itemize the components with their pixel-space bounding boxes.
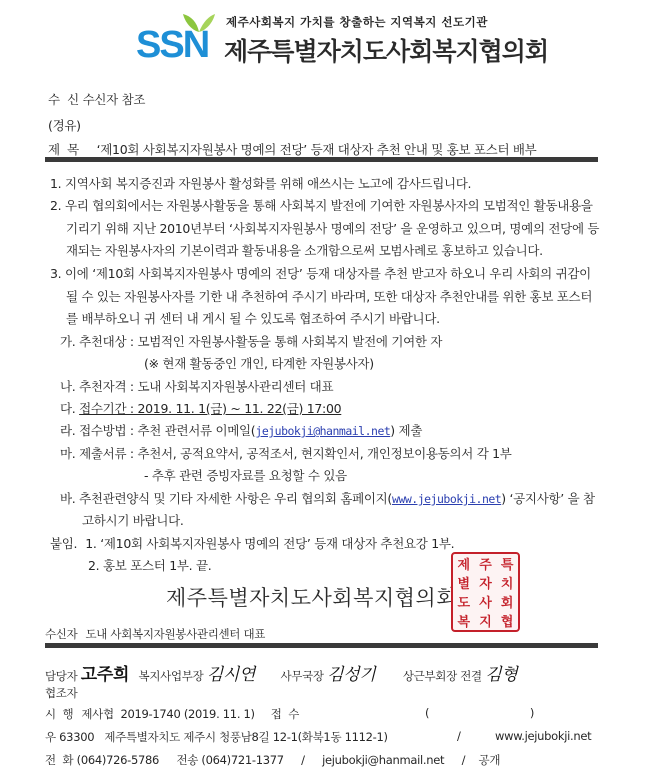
seal-char: 사 — [475, 592, 497, 611]
issuer-name: 제주특별자치도사회복지협의회장 — [166, 582, 478, 612]
footer-divider — [45, 643, 598, 648]
item-ra: 라. 접수방법 : 추천 관련서류 이메일(jejubokji@hanmail.… — [60, 421, 422, 439]
recipients-line: 수신자도내 사회복지자원봉사관리센터 대표 — [45, 626, 265, 642]
separator: / — [301, 753, 305, 767]
seal-char: 별 — [453, 573, 475, 592]
paragraph-3-line-1: 3. 이에 ‘제10회 사회복지자원봉사 명예의 전당’ 등재 대상자를 추천 … — [50, 264, 591, 282]
attachment-label: 붙임. — [50, 536, 77, 551]
recipients-value: 도내 사회복지자원봉사관리센터 대표 — [85, 627, 265, 641]
disclosure-status: 공개 — [479, 753, 501, 767]
item-ga-note: (※ 현재 활동중인 개인, 타계한 자원봉사자) — [144, 354, 374, 372]
dept-head-label: 복지사업부장 — [139, 669, 204, 683]
paragraph-2-line-3: 재되는 자원봉사자의 기본이력과 활동내용을 소개함으로써 모범사례로 홍보하고… — [66, 241, 543, 259]
slogan: 제주사회복지 가치를 창출하는 지역복지 선도기관 — [226, 14, 488, 30]
recipients-label: 수신자 — [45, 627, 77, 641]
item-ga: 가. 추천대상 : 모범적인 자원봉사활동을 통해 사회복지 발전에 기여한 자 — [60, 332, 442, 350]
seal-char: 주 — [475, 554, 497, 573]
item-ma: 마. 제출서류 : 추천서, 공적요약서, 공적조서, 현지확인서, 개인정보이… — [60, 444, 512, 462]
item-ma-note: - 추후 관련 증빙자료를 요청할 수 있음 — [144, 466, 347, 484]
seal-char: 특 — [496, 554, 518, 573]
via-line: (경유) — [48, 116, 81, 134]
subject-value: ‘제10회 사회복지자원봉사 명예의 전당’ 등재 대상자 추천 안내 및 홍보… — [97, 142, 537, 157]
recipient-label: 수 신 — [48, 92, 79, 107]
recipient-line: 수 신 수신자 참조 — [48, 90, 145, 108]
item-da: 다. 접수기간 : 2019. 11. 1(금) ~ 11. 22(금) 17:… — [60, 399, 341, 417]
vp-signature: 김형 — [485, 665, 517, 685]
receipt-value: ( ) — [425, 706, 534, 720]
staff-signature: 고주희 — [81, 665, 129, 685]
header-divider — [45, 157, 598, 162]
vp-label: 상근부회장 전결 — [403, 669, 482, 683]
attachment-1: 1. ‘제10회 사회복지자원봉사 명예의 전당’ 등재 대상자 추천요강 1부… — [85, 536, 454, 551]
website-text[interactable]: www.jejubokji.net — [495, 729, 591, 743]
dept-head-signature: 김시연 — [207, 665, 255, 685]
address-line: 우 63300 제주특별자치도 제주시 청풍남8길 12-1(화북1동 1112… — [45, 729, 605, 745]
enforce-value: 제사협 2019-1740 (2019. 11. 1) — [81, 707, 254, 721]
seal-char: 치 — [496, 573, 518, 592]
enforcement-line: 시 행제사협 2019-1740 (2019. 11. 1)접 수 ( ) — [45, 706, 605, 722]
seal-char: 복 — [453, 611, 475, 630]
subject-label: 제 목 — [48, 142, 79, 157]
seal-char: 회 — [496, 592, 518, 611]
seal-char: 제 — [453, 554, 475, 573]
item-da-prefix: 다. — [60, 401, 79, 416]
ssn-logo: SSN — [136, 24, 208, 67]
postal-address: 우 63300 제주특별자치도 제주시 청풍남8길 12-1(화북1동 1112… — [45, 730, 388, 744]
item-ra-prefix: 라. 접수방법 : 추천 관련서류 이메일( — [60, 423, 255, 438]
seal-char: 자 — [475, 573, 497, 592]
seal-char: 도 — [453, 592, 475, 611]
homepage-link[interactable]: www.jejubokji.net — [392, 492, 501, 506]
paragraph-2-line-2: 기리기 위해 지난 2010년부터 ‘사회복지자원봉사 명예의 전당’ 을 운영… — [66, 219, 599, 237]
staff-label: 담당자 — [45, 669, 77, 683]
approval-line: 담당자 고주희 복지사업부장 김시연 사무국장 김성기 상근부회장 전결 김형 — [45, 660, 517, 685]
seal-char: 협 — [496, 611, 518, 630]
receipt-label: 접 수 — [271, 707, 299, 721]
item-ba-prefix: 바. 추천관련양식 및 기타 자세한 사항은 우리 협의회 홈페이지( — [60, 491, 392, 506]
attachment-2: 2. 홍보 포스터 1부. 끝. — [88, 556, 211, 574]
secretary-signature: 김성기 — [327, 665, 375, 685]
item-ba: 바. 추천관련양식 및 기타 자세한 사항은 우리 협의회 홈페이지(www.j… — [60, 489, 595, 507]
item-ba-line-2: 고하시기 바랍니다. — [82, 511, 184, 529]
item-ra-suffix: ) 제출 — [390, 423, 422, 438]
email-link[interactable]: jejubokji@hanmail.net — [255, 424, 390, 438]
contact-email[interactable]: jejubokji@hanmail.net — [322, 753, 444, 767]
separator: / — [462, 753, 466, 767]
paragraph-1: 1. 지역사회 복지증진과 자원봉사 활성화를 위해 애쓰시는 노고에 감사드립… — [50, 174, 471, 192]
attachment-line-1: 붙임.1. ‘제10회 사회복지자원봉사 명예의 전당’ 등재 대상자 추천요강… — [50, 534, 454, 552]
enforce-label: 시 행 — [45, 707, 73, 721]
paragraph-2-line-1: 2. 우리 협의회에서는 자원봉사활동을 통해 사회복지 발전에 기여한 자원봉… — [50, 196, 593, 214]
item-ba-suffix: ) ‘공지사항’ 을 참 — [501, 491, 595, 506]
item-na: 나. 추천자격 : 도내 사회복지자원봉사관리센터 대표 — [60, 377, 333, 395]
item-da-period: 접수기간 : 2019. 11. 1(금) ~ 11. 22(금) 17:00 — [79, 401, 341, 416]
paragraph-3-line-2: 될 수 있는 자원봉사자를 기한 내 추천하여 주시기 바라며, 또한 대상자 … — [66, 287, 592, 305]
separator: / — [457, 729, 461, 743]
contact-line: 전 화 (064)726-5786 전송 (064)721-1377 / jej… — [45, 752, 500, 768]
paragraph-3-line-3: 를 배부하오니 귀 센터 내 게시 될 수 있도록 협조하여 주시기 바랍니다. — [66, 309, 440, 327]
cooperator-label: 협조자 — [45, 685, 77, 701]
recipient-value: 수신자 참조 — [83, 92, 146, 107]
official-seal: 제 주 특 별 자 치 도 사 회 복 지 협 — [451, 552, 520, 632]
phone: 전 화 (064)726-5786 — [45, 753, 159, 767]
secretary-label: 사무국장 — [280, 669, 323, 683]
fax: 전송 (064)721-1377 — [176, 753, 283, 767]
subject-line: 제 목 ‘제10회 사회복지자원봉사 명예의 전당’ 등재 대상자 추천 안내 … — [48, 140, 536, 158]
seal-char: 지 — [475, 611, 497, 630]
org-name: 제주특별자치도사회복지협의회 — [224, 32, 548, 68]
